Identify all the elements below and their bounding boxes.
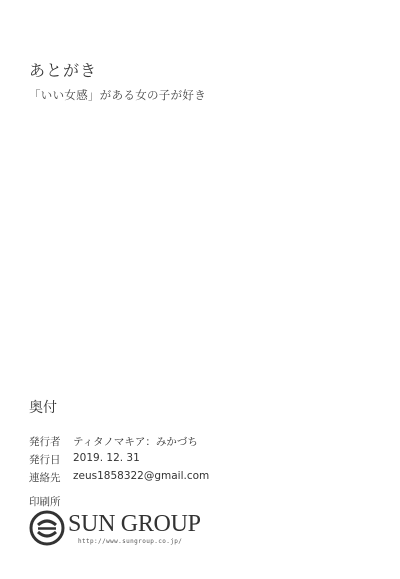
- afterword-title: あとがき: [29, 58, 97, 81]
- sun-group-url: http://www.sungroup.co.jp/: [78, 538, 201, 545]
- publisher-label: 発行者: [29, 434, 63, 449]
- publish-date-row: 発行日 2019. 12. 31: [29, 452, 140, 467]
- publisher-value: ティタノマキア：みかづち: [73, 434, 198, 449]
- publisher-row: 発行者 ティタノマキア：みかづち: [29, 434, 198, 449]
- publish-date-value: 2019. 12. 31: [73, 452, 140, 467]
- contact-row: 連絡先 zeus1858322@gmail.com: [29, 470, 209, 485]
- printer-label: 印刷所: [29, 494, 61, 509]
- publish-date-label: 発行日: [29, 452, 63, 467]
- sun-group-logo: SUN GROUP http://www.sungroup.co.jp/: [29, 510, 201, 546]
- sun-group-logo-icon: [29, 510, 65, 546]
- contact-label: 連絡先: [29, 470, 63, 485]
- contact-value: zeus1858322@gmail.com: [73, 470, 209, 485]
- afterword-subtitle: 「いい女感」がある女の子が好き: [29, 87, 206, 103]
- sun-group-name: SUN GROUP: [68, 512, 201, 536]
- colophon-title: 奥付: [29, 397, 57, 417]
